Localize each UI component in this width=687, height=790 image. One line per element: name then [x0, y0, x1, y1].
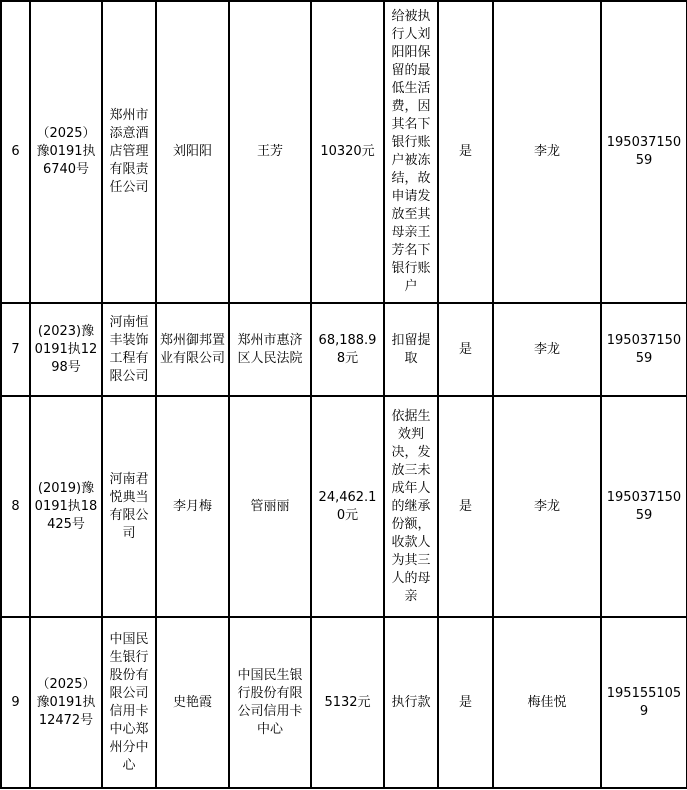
respondent: 刘阳阳: [156, 1, 229, 303]
table-row: 7 (2023)豫0191执1298号 河南恒丰装饰工程有限公司 郑州御邦置业有…: [1, 303, 687, 396]
handler: 李龙: [493, 303, 601, 396]
reason: 给被执行人刘阳阳保留的最低生活费，因其名下银行账户被冻结，故申请发放至其母亲王芳…: [384, 1, 438, 303]
case-payment-table: 6 （2025）豫0191执6740号 郑州市添意酒店管理有限责任公司 刘阳阳 …: [0, 0, 687, 789]
approved: 是: [438, 617, 493, 788]
handler: 李龙: [493, 1, 601, 303]
row-index: 8: [1, 396, 30, 617]
applicant: 中国民生银行股份有限公司信用卡中心郑州分中心: [102, 617, 156, 788]
case-number: (2019)豫0191执18425号: [30, 396, 102, 617]
phone: 19503715059: [601, 1, 687, 303]
row-index: 6: [1, 1, 30, 303]
applicant: 河南君悦典当有限公司: [102, 396, 156, 617]
approved: 是: [438, 303, 493, 396]
recipient: 王芳: [229, 1, 311, 303]
row-index: 7: [1, 303, 30, 396]
case-number: （2025）豫0191执6740号: [30, 1, 102, 303]
handler: 梅佳悦: [493, 617, 601, 788]
recipient: 管丽丽: [229, 396, 311, 617]
respondent: 史艳霞: [156, 617, 229, 788]
approved: 是: [438, 1, 493, 303]
recipient: 郑州市惠济区人民法院: [229, 303, 311, 396]
phone: 19503715059: [601, 396, 687, 617]
approved: 是: [438, 396, 493, 617]
amount: 68,188.98元: [311, 303, 384, 396]
reason: 扣留提取: [384, 303, 438, 396]
respondent: 郑州御邦置业有限公司: [156, 303, 229, 396]
table-row: 8 (2019)豫0191执18425号 河南君悦典当有限公司 李月梅 管丽丽 …: [1, 396, 687, 617]
table-row: 9 （2025）豫0191执12472号 中国民生银行股份有限公司信用卡中心郑州…: [1, 617, 687, 788]
amount: 10320元: [311, 1, 384, 303]
amount: 24,462.10元: [311, 396, 384, 617]
phone: 1951551059: [601, 617, 687, 788]
reason: 执行款: [384, 617, 438, 788]
amount: 5132元: [311, 617, 384, 788]
recipient: 中国民生银行股份有限公司信用卡中心: [229, 617, 311, 788]
applicant: 郑州市添意酒店管理有限责任公司: [102, 1, 156, 303]
applicant: 河南恒丰装饰工程有限公司: [102, 303, 156, 396]
case-number: （2025）豫0191执12472号: [30, 617, 102, 788]
phone: 19503715059: [601, 303, 687, 396]
handler: 李龙: [493, 396, 601, 617]
row-index: 9: [1, 617, 30, 788]
reason: 依据生效判决，发放三未成年人的继承份额，收款人为其三人的母亲: [384, 396, 438, 617]
case-number: (2023)豫0191执1298号: [30, 303, 102, 396]
respondent: 李月梅: [156, 396, 229, 617]
table-row: 6 （2025）豫0191执6740号 郑州市添意酒店管理有限责任公司 刘阳阳 …: [1, 1, 687, 303]
